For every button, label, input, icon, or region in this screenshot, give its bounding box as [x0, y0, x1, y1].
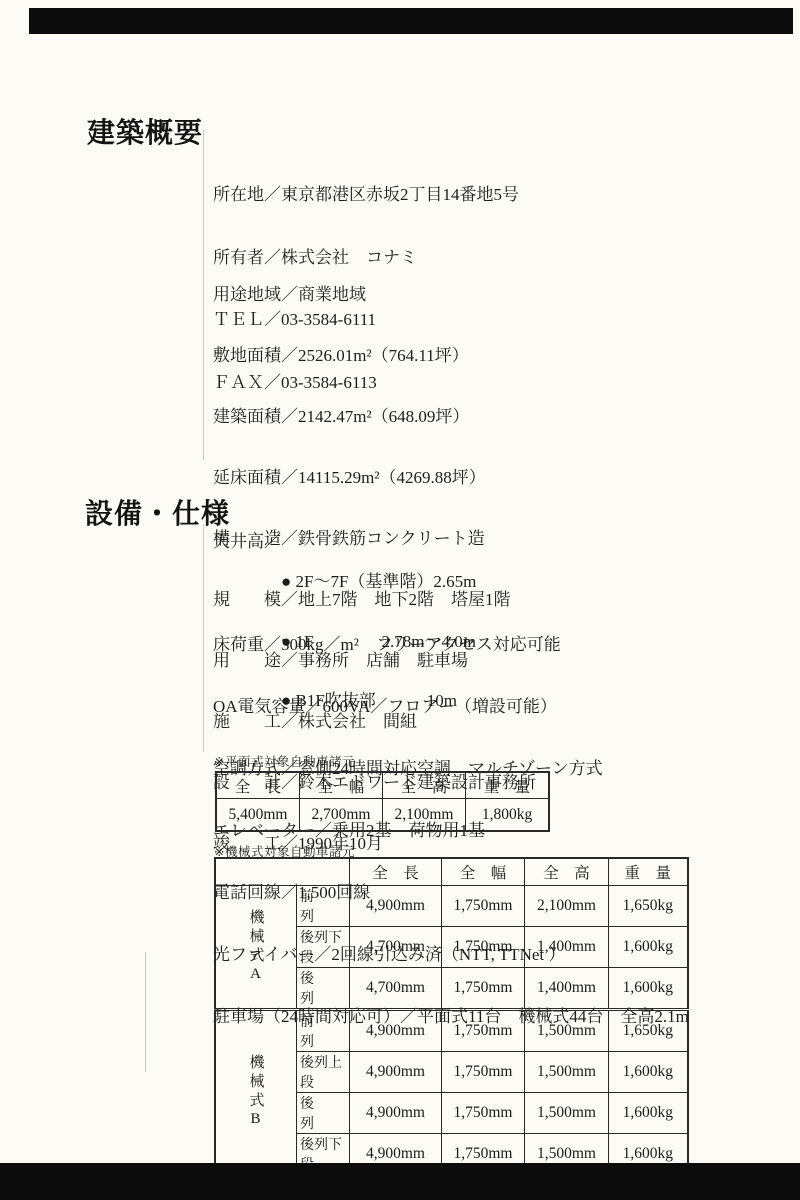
flat-table-header-width: 全 幅: [300, 772, 383, 799]
flat-table-data-row: 5,400mm 2,700mm 2,100mm 1,800kg: [216, 799, 549, 832]
info-line-site-area: 敷地面積／2526.01m²（764.11坪）: [213, 345, 536, 366]
flat-table-cell-width: 2,700mm: [300, 799, 383, 832]
cell: 1,500mm: [525, 1052, 609, 1093]
ceiling-height-prefix: 天井高／: [213, 532, 281, 552]
mech-table-header-weight: 重 量: [609, 858, 688, 886]
mech-table-header-height: 全 高: [525, 858, 609, 886]
row-label: 前 列: [297, 1010, 350, 1052]
cell: 1,600kg: [609, 1052, 688, 1093]
cell: 1,500mm: [525, 1010, 609, 1052]
cell: 1,750mm: [442, 968, 525, 1010]
ceiling-line-standard-floors: ● 2F〜7F（基準階）2.65m: [281, 572, 476, 592]
flat-table-header-length: 全 長: [216, 772, 300, 799]
scan-artifact-bottom-bar: [0, 1163, 800, 1200]
spec-line-floor-load: 床荷重／300kg／m² フリーアクセス対応可能: [213, 634, 689, 656]
row-label: 後 列: [297, 1093, 350, 1134]
cell: 1,750mm: [442, 1010, 525, 1052]
cell: 4,900mm: [350, 1052, 442, 1093]
cell: 4,700mm: [350, 968, 442, 1010]
cell: 1,400mm: [525, 927, 609, 968]
scanned-document-page: 建築概要 所在地／東京都港区赤坂2丁目14番地5号 所有者／株式会社 コナミ Ｔ…: [0, 0, 800, 1200]
flat-table-header-height: 全 高: [383, 772, 466, 799]
info-line-building-area: 建築面積／2142.47m²（648.09坪）: [213, 406, 536, 427]
row-label: 後列上段: [297, 1052, 350, 1093]
cell: 1,400mm: [525, 968, 609, 1010]
cell: 1,600kg: [609, 968, 688, 1010]
row-label: 後 列: [297, 968, 350, 1010]
flat-table-header-row: 全 長 全 幅 全 高 重 量: [216, 772, 549, 799]
cell: 1,750mm: [442, 1093, 525, 1134]
info-line-address: 所在地／東京都港区赤坂2丁目14番地5号: [213, 184, 519, 207]
row-label: 後列下段: [297, 927, 350, 968]
info-line-zoning: 用途地域／商業地域: [213, 284, 536, 305]
table-row: 機械式A 前 列 4,900mm 1,750mm 2,100mm 1,650kg: [215, 886, 688, 927]
mech-table-blank-header: [215, 858, 350, 886]
cell: 4,900mm: [350, 1010, 442, 1052]
cell: 1,650kg: [609, 1010, 688, 1052]
mech-table-header-width: 全 幅: [442, 858, 525, 886]
scan-crease-line: [203, 130, 204, 460]
flat-table-cell-height: 2,100mm: [383, 799, 466, 832]
flat-parking-table-caption: ※平面式対象自動車諸元: [214, 752, 355, 770]
cell: 1,650kg: [609, 886, 688, 927]
row-label: 前 列: [297, 886, 350, 927]
flat-table-cell-length: 5,400mm: [216, 799, 300, 832]
cell: 1,600kg: [609, 927, 688, 968]
mechanical-parking-spec-table: 全 長 全 幅 全 高 重 量 機械式A 前 列 4,900mm 1,750mm…: [214, 857, 689, 1176]
flat-table-cell-weight: 1,800kg: [466, 799, 550, 832]
cell: 2,100mm: [525, 886, 609, 927]
cell: 1,500mm: [525, 1093, 609, 1134]
info-line-floor-area: 延床面積／14115.29m²（4269.88坪）: [213, 467, 536, 488]
cell: 4,900mm: [350, 1093, 442, 1134]
cell: 4,900mm: [350, 886, 442, 927]
mech-table-group-b-label: 機械式B: [215, 1010, 297, 1176]
scan-crease-line: [145, 952, 146, 1072]
cell: 1,750mm: [442, 1052, 525, 1093]
cell: 4,700mm: [350, 927, 442, 968]
mech-table-header-row: 全 長 全 幅 全 高 重 量: [215, 858, 688, 886]
flat-parking-spec-table: 全 長 全 幅 全 高 重 量 5,400mm 2,700mm 2,100mm …: [215, 771, 550, 832]
cell: 1,600kg: [609, 1093, 688, 1134]
section-title-building-overview: 建築概要: [87, 118, 203, 148]
mech-table-header-length: 全 長: [350, 858, 442, 886]
spec-line-oa-capacity: OA電気容量／600VA／フロアー（増設可能）: [213, 696, 689, 718]
scan-crease-line: [203, 524, 204, 752]
scan-artifact-top-bar: [29, 8, 793, 34]
section-title-facilities-spec: 設備・仕様: [85, 499, 230, 529]
cell: 1,750mm: [442, 886, 525, 927]
table-row: 機械式B 前 列 4,900mm 1,750mm 1,500mm 1,650kg: [215, 1010, 688, 1052]
flat-table-header-weight: 重 量: [466, 772, 550, 799]
cell: 1,750mm: [442, 927, 525, 968]
mech-table-group-a-label: 機械式A: [215, 886, 297, 1010]
